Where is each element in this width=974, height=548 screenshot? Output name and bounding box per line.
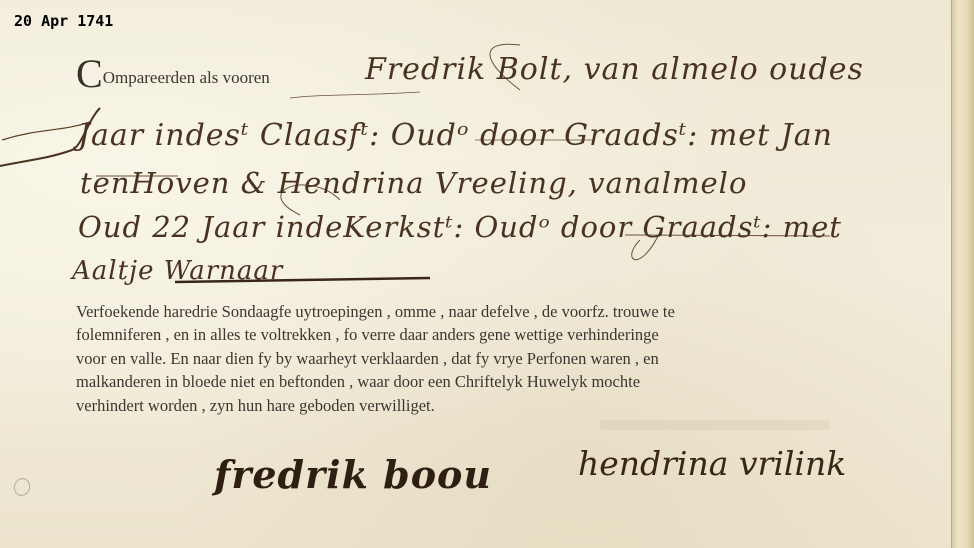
handwritten-line-1: Fredrik Bolt, van almelo oudes <box>365 52 864 87</box>
handwritten-line-5: Aaltje Warnaar <box>72 256 283 286</box>
page-binding-edge <box>951 0 974 548</box>
stray-mark-icon <box>11 476 32 498</box>
printed-body-line: malkanderen in bloede niet en beftonden … <box>76 370 866 393</box>
handwritten-line-2: Jaar indesᵗ Claasfᵗ: Oudᵒ door Graadsᵗ: … <box>78 118 833 153</box>
bleed-through-text <box>600 420 830 430</box>
printed-header-text: Ompareerden als vooren <box>103 68 270 87</box>
printed-header: COmpareerden als vooren <box>76 54 270 94</box>
printed-body-line: Verfoekende haredrie Sondaagfe uytroepin… <box>76 300 866 323</box>
signature-groom: fredrik boou <box>214 452 492 497</box>
drop-cap: C <box>76 51 103 96</box>
handwritten-line-4: Oud 22 Jaar indeKerkstᵗ: Oudᵒ door Graad… <box>78 210 842 244</box>
signature-bride: hendrina vrilink <box>578 444 846 483</box>
handwritten-line-3: tenHoven & Hendrina Vreeling, vanalmelo <box>80 166 747 200</box>
date-label: 20 Apr 1741 <box>14 12 113 30</box>
printed-body-line: voor en valle. En naar dien fy by waarhe… <box>76 347 866 370</box>
printed-body-line: folemniferen , en in alles te voltrekken… <box>76 323 866 346</box>
printed-body: Verfoekende haredrie Sondaagfe uytroepin… <box>76 300 866 417</box>
printed-body-line: verhindert worden , zyn hun hare geboden… <box>76 394 866 417</box>
document-page: 20 Apr 1741 COmpareerden als vooren Fred… <box>0 0 974 548</box>
